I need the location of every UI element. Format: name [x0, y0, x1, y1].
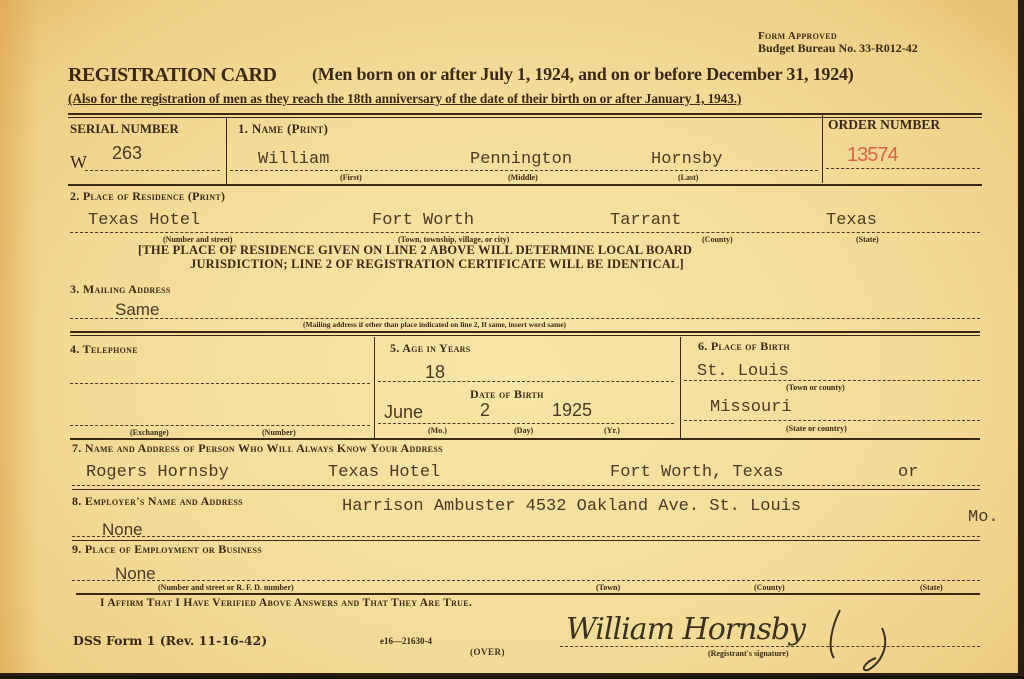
employer-overflow: Mo. [968, 508, 999, 527]
residence-notice-line2: JURISDICTION; LINE 2 OF REGISTRATION CER… [190, 257, 684, 272]
state-caption: (State) [856, 235, 879, 244]
signature-caption: (Registrant's signature) [708, 649, 789, 658]
employer-line [72, 536, 980, 537]
contact-label-text: 7. Name and Address of Person Who Will A… [72, 441, 443, 455]
divider [76, 593, 980, 595]
registration-card: Form Approved Budget Bureau No. 33-R012-… [0, 0, 1024, 676]
county-caption: (County) [702, 235, 733, 244]
divider [226, 118, 227, 186]
last-name-value: Hornsby [651, 150, 722, 169]
name-label-text: 1. Name (Print) [238, 121, 328, 136]
order-number-value: 13574 [847, 144, 898, 167]
mailing-label-text: 3. Mailing Address [70, 282, 171, 296]
contact-address2-value: Fort Worth, Texas [610, 463, 783, 482]
residence-street-value: Texas Hotel [88, 211, 200, 230]
year-caption: (Yr.) [604, 426, 620, 435]
first-name-value: William [258, 150, 329, 169]
signature-line [560, 646, 980, 647]
budget-bureau-number: Budget Bureau No. 33-R012-42 [758, 41, 918, 56]
birthplace-town-value: St. Louis [697, 362, 789, 381]
employer-label: 8. Employer's Name and Address [72, 494, 243, 509]
divider [68, 184, 982, 186]
registrant-signature: William Hornsby [566, 612, 805, 647]
employment-label-text: 9. Place of Employment or Business [72, 542, 262, 556]
day-caption: (Day) [514, 426, 533, 435]
age-line [378, 381, 674, 382]
divider [68, 113, 982, 115]
divider [70, 331, 980, 333]
employment-town-caption: (Town) [596, 583, 620, 592]
name-line [230, 170, 818, 171]
contact-name-value: Rogers Hornsby [86, 463, 229, 482]
employer-label-text: 8. Employer's Name and Address [72, 494, 243, 508]
residence-notice-line1: [THE PLACE OF RESIDENCE GIVEN ON LINE 2 … [138, 243, 692, 258]
employer-second-line: None [102, 520, 143, 540]
residence-label-text: 2. Place of Residence (Print) [70, 189, 225, 203]
dob-label-text: Date of Birth [470, 387, 544, 401]
divider [70, 335, 980, 336]
affirmation-statement: I Affirm That I Have Verified Above Answ… [100, 597, 472, 609]
employment-value: None [115, 564, 156, 584]
order-number-label: ORDER NUMBER [828, 117, 940, 133]
employment-line [72, 580, 980, 581]
employer-value: Harrison Ambuster 4532 Oakland Ave. St. … [342, 497, 801, 516]
middle-name-value: Pennington [470, 150, 572, 169]
dob-day-value: 2 [480, 400, 490, 421]
birthplace-state-line [684, 420, 980, 421]
age-value: 18 [425, 362, 445, 383]
mailing-label: 3. Mailing Address [70, 282, 171, 297]
residence-town-value: Fort Worth [372, 211, 474, 230]
birthplace-label-text: 6. Place of Birth [698, 339, 790, 353]
divider [374, 337, 375, 439]
form-id: DSS Form 1 (Rev. 11-16-42) [73, 633, 267, 648]
number-caption: (Number) [262, 428, 296, 437]
affirmation-text: I Affirm That I Have Verified Above Answ… [100, 597, 472, 609]
dob-year-value: 1925 [552, 400, 592, 421]
contact-line [72, 485, 980, 486]
signature-flourish-icon [820, 600, 930, 675]
residence-label: 2. Place of Residence (Print) [70, 189, 225, 204]
serial-line [85, 170, 220, 171]
telephone-label: 4. Telephone [70, 342, 138, 357]
telephone-label-text: 4. Telephone [70, 342, 138, 356]
contact-label: 7. Name and Address of Person Who Will A… [72, 441, 443, 456]
birthplace-town-caption: (Town or county) [786, 383, 845, 392]
employment-label: 9. Place of Employment or Business [72, 542, 262, 557]
age-label: 5. Age in Years [390, 341, 471, 356]
age-label-text: 5. Age in Years [390, 341, 471, 355]
first-caption: (First) [340, 173, 362, 182]
telephone-line [70, 383, 370, 384]
dob-month-value: June [384, 402, 423, 423]
middle-caption: (Middle) [508, 173, 538, 182]
order-line [826, 168, 980, 169]
residence-line [70, 232, 980, 233]
print-code: e16—21630-4 [380, 636, 432, 646]
card-note: (Also for the registration of men as the… [68, 91, 741, 107]
mailing-line [70, 318, 980, 319]
last-caption: (Last) [678, 173, 698, 182]
birthplace-label: 6. Place of Birth [698, 339, 790, 354]
birthplace-state-value: Missouri [710, 398, 792, 417]
month-caption: (Mo.) [428, 426, 447, 435]
mailing-value: Same [115, 300, 159, 320]
birthplace-town-line [684, 380, 980, 381]
residence-county-value: Tarrant [610, 211, 681, 230]
divider [822, 113, 823, 183]
name-label: 1. Name (Print) [238, 121, 328, 137]
employment-street-caption: (Number and street or R. F. D. number) [158, 583, 294, 592]
mailing-caption: (Mailing address if other than place ind… [303, 320, 566, 329]
employment-state-caption: (State) [920, 583, 943, 592]
serial-number-label: SERIAL NUMBER [70, 121, 179, 137]
birthplace-state-caption: (State or country) [786, 424, 847, 433]
divider [70, 438, 980, 440]
residence-state-value: Texas [826, 211, 877, 230]
employment-county-caption: (County) [754, 583, 785, 592]
dob-line [378, 423, 674, 424]
serial-number-value: 263 [112, 143, 142, 164]
divider [72, 489, 980, 490]
over-label: (OVER) [470, 647, 505, 657]
card-title: REGISTRATION CARD [68, 64, 276, 87]
contact-address1-value: Texas Hotel [328, 463, 440, 482]
divider [680, 337, 681, 439]
divider [72, 540, 980, 541]
telephone-line [70, 425, 370, 426]
exchange-caption: (Exchange) [130, 428, 169, 437]
card-subtitle: (Men born on or after July 1, 1924, and … [312, 64, 854, 85]
contact-suffix: or [898, 463, 918, 482]
